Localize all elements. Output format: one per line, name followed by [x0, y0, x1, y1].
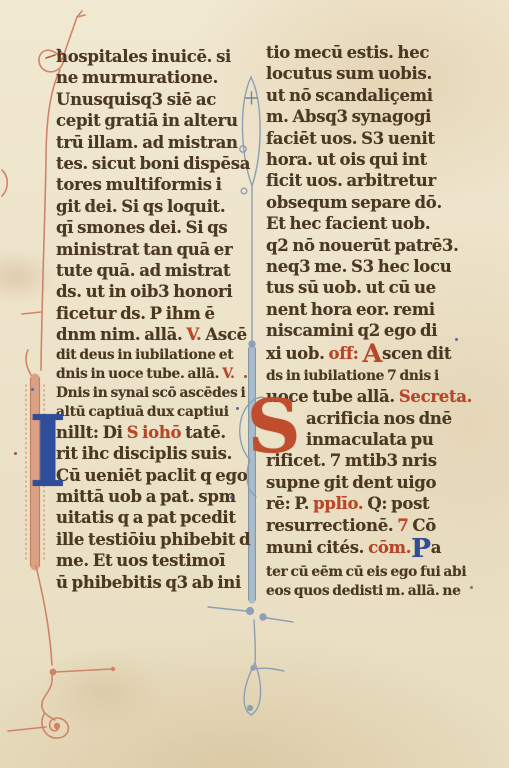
text-line: Unusquisq3 siē ac	[56, 89, 254, 110]
text-line: tes. sicut boni dispēsa	[56, 153, 254, 174]
text-segment: ds. ut in oib3 honori	[56, 282, 232, 301]
ink-speck	[470, 586, 473, 589]
text-line: uitatis q a pat pcedit	[56, 507, 254, 528]
text-segment: dnis in uoce tube. allā.	[56, 366, 222, 382]
text-segment: dnm nim. allā.	[56, 325, 186, 344]
text-line: q2 nō nouerūt patrē3.	[266, 235, 466, 256]
margin-branch-lower	[55, 669, 112, 672]
text-segment: scen dit	[382, 344, 451, 363]
text-segment: ds in iubilatione 7 dnis i	[266, 368, 439, 384]
text-line: hora. ut ois qui int	[266, 149, 466, 170]
text-line: m. Absq3 synagogi	[266, 106, 466, 127]
text-line: Et hec facient uob.	[266, 213, 466, 234]
text-line: rē: P. pplīo. Q: post	[266, 493, 466, 514]
text-line: mittā uob a pat. spm	[56, 486, 254, 507]
text-segment: hospitales inuicē. si	[56, 47, 231, 66]
text-line: tute quā. ad mistrat	[56, 260, 254, 281]
knob-2	[260, 614, 266, 620]
text-segment: Et hec facient uob.	[266, 214, 430, 233]
text-line: nent hora eor. remi	[266, 299, 466, 320]
text-segment: mittā uob a pat. spm	[56, 487, 236, 506]
text-line: obsequm separe dō.	[266, 192, 466, 213]
text-line: hospitales inuicē. si	[56, 46, 254, 67]
text-line: trū illam. ad mistran	[56, 132, 254, 153]
text-segment: ministrat tan quā er	[56, 240, 232, 259]
text-line: neq3 me. S3 hec locu	[266, 256, 466, 277]
bottom-left-branch	[8, 727, 46, 731]
text-segment: qī smones dei. Si qs	[56, 218, 227, 237]
text-segment: supne git dent uigo	[266, 473, 436, 492]
text-segment: Cū ueniēt paclit q ego	[56, 466, 247, 485]
text-segment: Unusquisq3 siē ac	[56, 90, 216, 109]
text-segment: tute quā. ad mistrat	[56, 261, 230, 280]
text-line: ut nō scandaliçemi	[266, 85, 466, 106]
text-segment: rē: P.	[266, 494, 313, 513]
text-line: dnm nim. allā. V. Ascē	[56, 324, 254, 345]
text-segment: ut nō scandaliçemi	[266, 86, 433, 105]
text-segment: tatē.	[181, 423, 226, 442]
text-segment: A	[363, 339, 383, 369]
band-top-leaf	[26, 350, 33, 378]
text-segment: Cō	[408, 516, 435, 535]
text-segment: Dnis in synai scō ascēdes i	[56, 385, 245, 401]
text-segment: git dei. Si qs loquit.	[56, 197, 225, 216]
text-segment: resurrectionē.	[266, 516, 397, 535]
text-line: ds. ut in oib3 honori	[56, 281, 254, 302]
ink-speck	[14, 452, 17, 455]
branch-dot	[112, 668, 115, 671]
text-segment: cepit gratiā in alteru	[56, 111, 238, 130]
text-segment: eos quos dedisti m. allā. ne	[266, 583, 461, 599]
text-line: ter cū eēm cū eis ego fui abi	[266, 563, 466, 582]
text-segment: hora. ut ois qui int	[266, 150, 427, 169]
text-line: tores multiformis i	[56, 174, 254, 195]
text-line: git dei. Si qs loquit.	[56, 196, 254, 217]
text-segment: rit ihc disciplis suis.	[56, 444, 232, 463]
text-segment: acrificia nos dnē	[306, 409, 452, 428]
text-line: tus sū uob. ut cū ue	[266, 277, 466, 298]
text-line: ū phibebitis q3 ab ini	[56, 572, 254, 593]
text-line: resurrectionē. 7 Cō	[266, 515, 466, 536]
text-segment: V.	[186, 325, 201, 344]
text-segment: locutus sum uobis.	[266, 64, 432, 83]
text-segment: q2 nō nouerūt patrē3.	[266, 236, 459, 255]
lower-branch	[255, 668, 284, 671]
text-segment: P	[411, 533, 431, 564]
text-segment: tes. sicut boni dispēsa	[56, 154, 250, 173]
text-segment: niscamini q2 ego di	[266, 321, 437, 340]
text-line: eos quos dedisti m. allā. ne	[266, 582, 466, 601]
text-segment: ū phibebitis q3 ab ini	[56, 573, 241, 592]
text-segment: tus sū uob. ut cū ue	[266, 278, 436, 297]
teardrop-knob	[248, 706, 253, 711]
text-line: supne git dent uigo	[266, 472, 466, 493]
text-line: nillt: Di S iohō tatē.	[56, 422, 254, 443]
text-line: xi uob. off: Ascen dit	[266, 342, 466, 368]
bottom-teardrop	[244, 663, 261, 715]
text-segment: ille testiōiu phibebit d	[56, 530, 250, 549]
text-line: faciēt uos. S3 uenit	[266, 128, 466, 149]
text-segment: tores multiformis i	[56, 175, 222, 194]
text-line: ne murmuratione.	[56, 67, 254, 88]
text-line: Dnis in synai scō ascēdes i	[56, 384, 254, 403]
ink-speck	[236, 407, 239, 410]
manuscript-page: hospitales inuicē. sine murmuratione.Unu…	[0, 0, 509, 768]
spiral-dot	[55, 724, 60, 729]
bottom-spiral	[42, 714, 68, 738]
text-segment: uitatis q a pat pcedit	[56, 508, 236, 527]
text-segment: cōm.	[368, 538, 411, 557]
text-line: rit ihc disciplis suis.	[56, 443, 254, 464]
text-line: tio mecū estis. hec	[266, 42, 466, 63]
line-node	[50, 669, 55, 674]
text-segment: V.	[222, 366, 235, 382]
text-segment: obsequm separe dō.	[266, 193, 442, 212]
initial-letter-i: I	[29, 404, 67, 502]
text-segment: nent hora eor. remi	[266, 300, 435, 319]
text-segment: Secreta.	[399, 387, 472, 406]
margin-branch-upper	[22, 312, 41, 314]
lower-node	[251, 666, 255, 670]
flourish-bud	[77, 11, 85, 17]
text-segment: ficit uos. arbitretur	[266, 171, 436, 190]
divider-line-lower	[254, 620, 255, 663]
text-segment: ficetur ds. P ihm ē	[56, 304, 215, 323]
text-column-right: tio mecū estis. heclocutus sum uobis.ut …	[266, 42, 466, 601]
text-line: ficit uos. arbitretur	[266, 170, 466, 191]
ink-speck	[230, 496, 233, 499]
text-line: ficetur ds. P ihm ē	[56, 303, 254, 324]
text-line: ille testiōiu phibebit d	[56, 529, 254, 550]
text-line: cepit gratiā in alteru	[56, 110, 254, 131]
text-segment: inmaculata pu	[306, 430, 434, 449]
text-line: altū captiuā dux captiui	[56, 403, 254, 422]
text-segment: ne murmuratione.	[56, 68, 218, 87]
text-line: Cū ueniēt paclit q ego	[56, 465, 254, 486]
text-segment: ter cū eēm cū eis ego fui abi	[266, 564, 466, 580]
text-segment: S iohō	[127, 423, 182, 442]
text-segment: dit deus in iubilatione et	[56, 347, 233, 363]
text-segment: a	[431, 538, 441, 557]
flourish-tick	[46, 55, 55, 58]
text-segment: m. Absq3 synagogi	[266, 107, 431, 126]
text-segment: Ascē	[201, 325, 246, 344]
knob-branches	[208, 607, 293, 622]
text-segment: me. Et uos testimoī	[56, 551, 225, 570]
text-line: me. Et uos testimoī	[56, 550, 254, 571]
text-segment: off:	[328, 344, 362, 363]
text-column-left: hospitales inuicē. sine murmuratione.Unu…	[56, 46, 254, 593]
text-segment: pplīo.	[313, 494, 363, 513]
ink-speck	[122, 30, 126, 34]
ink-speck	[31, 388, 34, 391]
text-segment: faciēt uos. S3 uenit	[266, 129, 435, 148]
text-segment: Q: post	[363, 494, 429, 513]
margin-line-lower	[36, 566, 52, 665]
edge-curl	[2, 170, 7, 196]
initial-letter-s: S	[246, 389, 302, 465]
ink-speck	[244, 375, 247, 378]
text-line: locutus sum uobis.	[266, 63, 466, 84]
text-segment: tio mecū estis. hec	[266, 43, 429, 62]
text-line: ministrat tan quā er	[56, 239, 254, 260]
text-segment: neq3 me. S3 hec locu	[266, 257, 451, 276]
ink-speck	[455, 338, 458, 341]
text-line: muni cités. cōm.Pa	[266, 536, 466, 562]
knob-1	[247, 608, 254, 615]
text-segment: muni cités.	[266, 538, 368, 557]
text-line: qī smones dei. Si qs	[56, 217, 254, 238]
tail-curve	[42, 675, 55, 720]
text-segment: xi uob.	[266, 344, 328, 363]
text-segment: 7	[397, 516, 408, 535]
text-segment: altū captiuā dux captiui	[56, 404, 229, 420]
text-line: dit deus in iubilatione et	[56, 346, 254, 365]
text-segment: trū illam. ad mistran	[56, 133, 238, 152]
text-line: dnis in uoce tube. allā. V.	[56, 365, 254, 384]
